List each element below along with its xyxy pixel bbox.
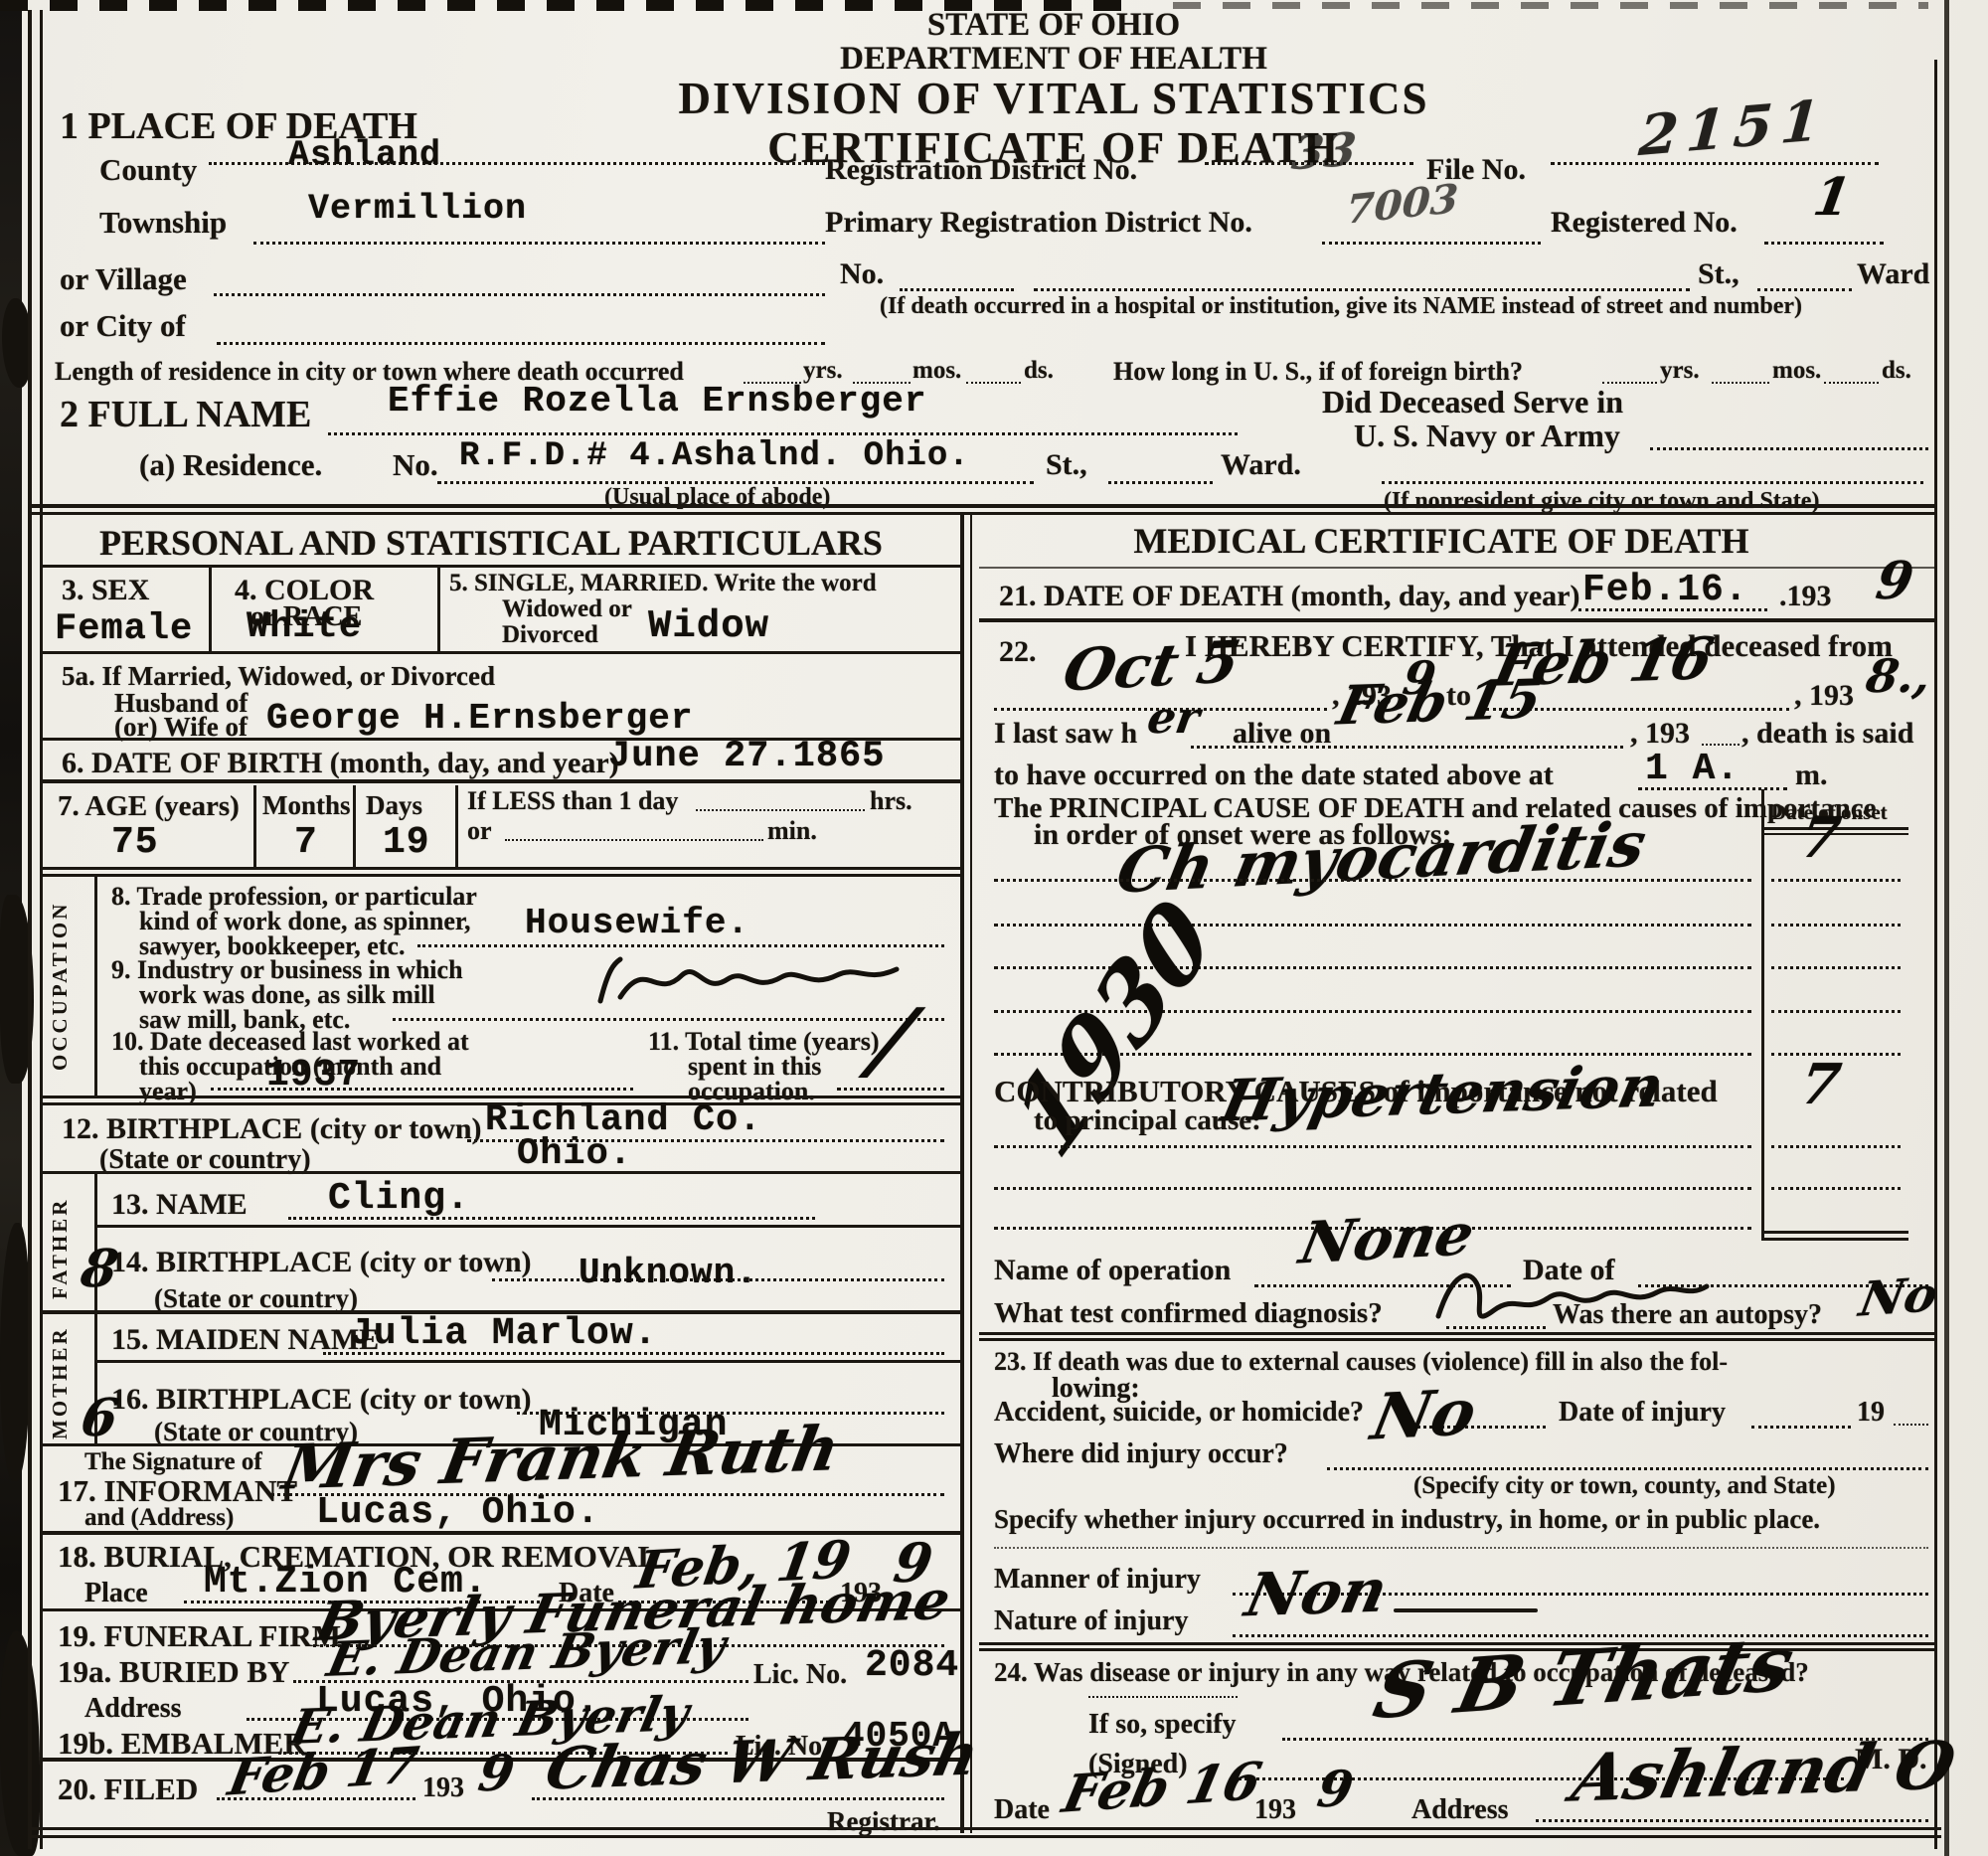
stray-pen-mark: 6	[78, 1392, 122, 1446]
father-vertical-label: FATHER	[48, 1193, 73, 1304]
accident-value-handwritten: No	[1367, 1379, 1482, 1450]
marital-label: 5. SINGLE, MARRIED. Write the word	[449, 571, 877, 596]
full-name-label: 2 FULL NAME	[60, 396, 311, 435]
sex-label: 3. SEX	[62, 575, 149, 606]
registrar-label: Registrar.	[827, 1807, 940, 1835]
ds-label: ds.	[1024, 358, 1054, 384]
nature-injury-label: Nature of injury	[994, 1606, 1188, 1635]
city-label: or City of	[60, 310, 186, 343]
residence-no-label: No.	[393, 449, 438, 482]
form-border-right	[1934, 60, 1937, 1849]
signed-year-handwritten: 9	[1314, 1764, 1357, 1816]
scan-edge-right	[1944, 0, 1949, 1856]
days-value: 19	[383, 823, 430, 863]
last-saw-label: I last saw h	[994, 718, 1137, 750]
min-label: min.	[767, 817, 817, 844]
if-so-specify-label: If so, specify	[1088, 1710, 1237, 1739]
death-is-said-label: , death is said	[1741, 718, 1913, 750]
township-value: Vermillion	[308, 191, 527, 228]
last-saw-year-preprint: , 193	[1630, 718, 1690, 750]
full-name-value: Effie Rozella Ernsberger	[388, 383, 926, 421]
days-label: Days	[366, 791, 422, 819]
file-no-value-handwritten: 2151	[1637, 91, 1830, 166]
item-22-number: 22.	[999, 636, 1037, 668]
manner-injury-label: Manner of injury	[994, 1565, 1201, 1594]
ds-label: ds.	[1882, 358, 1911, 384]
served-label: Did Deceased Serve in	[1322, 386, 1623, 420]
scan-blot	[0, 1630, 40, 1856]
if-less-label: If LESS than 1 day	[467, 787, 678, 814]
filed-year-handwritten: 9	[475, 1748, 518, 1800]
birthplace-state-label: (State or country)	[99, 1145, 311, 1174]
hrs-label: hrs.	[870, 787, 912, 814]
residence-label: (a) Residence.	[139, 449, 322, 482]
external-causes-label: 23. If death was due to external causes …	[994, 1348, 1728, 1375]
death-certificate-scan: STATE OF OHIO DEPARTMENT OF HEALTH DIVIS…	[0, 0, 1988, 1856]
spouse-value: George H.Ernsberger	[266, 700, 693, 738]
medical-section-title: MEDICAL CERTIFICATE OF DEATH	[1054, 523, 1829, 561]
license-label: Lic. No.	[753, 1660, 847, 1689]
registrar-signature-handwritten: Chas W Rush	[541, 1725, 984, 1800]
buried-address-label: Address	[84, 1694, 182, 1723]
form-border-left	[40, 10, 43, 1849]
date-of-death-value: Feb.16.	[1582, 571, 1748, 610]
mos-label: mos.	[1772, 358, 1821, 384]
father-name-value: Cling.	[328, 1179, 470, 1219]
county-label: County	[99, 154, 197, 187]
village-label: or Village	[60, 263, 187, 296]
sex-value: Female	[55, 610, 193, 649]
onset-date2-handwritten: 7	[1796, 1056, 1844, 1114]
maiden-name-value: Julia Marlow.	[350, 1314, 657, 1354]
age-value: 75	[111, 823, 159, 863]
dob-value: June 27.1865	[608, 738, 885, 776]
last-saw-er-handwritten: er	[1144, 696, 1203, 742]
maiden-name-label: 15. MAIDEN NAME	[111, 1324, 379, 1356]
onset-date-handwritten: 7	[1796, 809, 1844, 868]
signature-of-label: The Signature of	[84, 1449, 262, 1475]
autopsy-label: Was there an autopsy?	[1553, 1300, 1822, 1329]
township-label: Township	[99, 207, 227, 240]
license-value: 2084	[865, 1646, 959, 1686]
registered-no-label: Registered No.	[1551, 207, 1738, 239]
buried-by-label: 19a. BURIED BY	[58, 1656, 289, 1689]
date-of-death-label: 21. DATE OF DEATH (month, day, and year)	[999, 581, 1580, 612]
reg-district-label: Registration District No.	[825, 154, 1137, 186]
alive-on-label: alive on	[1233, 718, 1331, 750]
department-title: DEPARTMENT OF HEALTH	[656, 42, 1451, 77]
scan-blot	[0, 1223, 30, 1481]
nature-value-handwritten: Non	[1241, 1561, 1393, 1628]
funeral-firm-label: 19. FUNERAL FIRM	[58, 1620, 341, 1653]
marital-value: Widow	[648, 606, 769, 647]
occurred-label: to have occurred on the date stated abov…	[994, 759, 1554, 791]
burial-place-label: Place	[84, 1579, 148, 1607]
st-label: St.,	[1046, 449, 1087, 481]
father-birthplace-label: 14. BIRTHPLACE (city or town)	[111, 1247, 532, 1278]
father-birthplace-value: Unknown.	[579, 1255, 758, 1292]
injury-19-preprint: 19	[1857, 1398, 1885, 1427]
last-saw-date-handwritten: Feb 15	[1333, 671, 1547, 735]
signed-address-label: Address	[1411, 1795, 1509, 1824]
mother-vertical-label: MOTHER	[48, 1328, 73, 1439]
yrs-label: yrs.	[1660, 358, 1700, 384]
signed-year-preprint: 193	[1254, 1795, 1296, 1824]
father-name-label: 13. NAME	[111, 1189, 248, 1221]
birthplace-state-value: Ohio.	[517, 1135, 632, 1174]
occurred-m-label: m.	[1795, 759, 1828, 791]
months-value: 7	[294, 823, 318, 863]
st-label: St.,	[1698, 258, 1739, 290]
color-value: White	[247, 608, 362, 647]
where-injury-label: Where did injury occur?	[994, 1439, 1288, 1468]
operation-label: Name of operation	[994, 1255, 1231, 1286]
signed-date-handwritten: Feb 16	[1058, 1755, 1265, 1822]
ward-label: Ward.	[1221, 449, 1301, 481]
accident-label: Accident, suicide, or homicide?	[994, 1398, 1364, 1427]
stray-pen-mark: 8	[78, 1243, 122, 1297]
county-value: Ashland	[288, 137, 441, 174]
dod-year-preprint: .193	[1779, 581, 1832, 612]
informant-label: 17. INFORMANT	[58, 1475, 297, 1508]
primary-reg-label: Primary Registration District No.	[825, 207, 1252, 239]
physician-signature-handwritten: S B Thats	[1368, 1624, 1800, 1732]
mother-birthplace-label: 16. BIRTHPLACE (city or town)	[111, 1384, 532, 1416]
trade-value: Housewife.	[525, 905, 749, 942]
state-title: STATE OF OHIO	[656, 8, 1451, 43]
division-title: DIVISION OF VITAL STATISTICS	[656, 76, 1451, 122]
ward-label: Ward	[1857, 258, 1929, 290]
filed-year-preprint: 193	[422, 1773, 464, 1802]
residence-value: R.F.D.# 4.Ashalnd. Ohio.	[459, 439, 970, 475]
marital-label2: Widowed or	[502, 596, 632, 622]
filed-date-handwritten: Feb 17	[225, 1740, 422, 1804]
primary-reg-value-handwritten: 7003	[1345, 178, 1459, 231]
dod-year-handwritten: 9	[1873, 555, 1917, 609]
signed-date-label: Date	[994, 1795, 1050, 1824]
test-confirmed-label: What test confirmed diagnosis?	[994, 1298, 1383, 1328]
or-label: or	[467, 817, 492, 844]
to-year-preprint: , 193	[1794, 680, 1854, 712]
specify-injury-label: Specify whether injury occurred in indus…	[994, 1505, 1820, 1533]
dob-label: 6. DATE OF BIRTH (month, day, and year)	[62, 748, 619, 779]
age-label: 7. AGE (years)	[58, 791, 240, 821]
buried-by-handwritten: E. Dean Byerly	[323, 1621, 730, 1685]
registered-no-value-handwritten: 1	[1810, 171, 1855, 226]
attended-from-handwritten: Oct 5	[1059, 632, 1244, 702]
contributory-cause-handwritten: Hypertension	[1217, 1056, 1669, 1131]
birthplace-label: 12. BIRTHPLACE (city or town)	[62, 1113, 482, 1145]
informant-signature-handwritten: Mrs Frank Ruth	[278, 1416, 844, 1499]
form-border-left	[28, 10, 32, 1849]
how-long-us-label: How long in U. S., if of foreign birth?	[1113, 358, 1523, 385]
informant-address-value: Lucas, Ohio.	[316, 1493, 600, 1533]
signed-address-handwritten: Ashland O	[1567, 1731, 1961, 1812]
nonresident-note: (If nonresident give city or town and St…	[1384, 489, 1819, 514]
autopsy-value-handwritten: No	[1856, 1269, 1941, 1325]
occupation-vertical-label: OCCUPATION	[48, 887, 73, 1086]
marital-label3: Divorced	[502, 622, 598, 648]
father-state-label: (State or country)	[154, 1284, 358, 1312]
served-label2: U. S. Navy or Army	[1354, 420, 1620, 453]
injury-date-label: Date of injury	[1559, 1398, 1726, 1427]
no-label: No.	[840, 258, 884, 290]
last-worked-label3: year)	[139, 1078, 197, 1104]
filed-label: 20. FILED	[58, 1773, 198, 1806]
months-label: Months	[262, 791, 351, 819]
where-note: (Specify city or town, county, and State…	[1413, 1473, 1836, 1499]
reg-district-value-handwritten: 33	[1290, 125, 1359, 178]
personal-section-title: PERSONAL AND STATISTICAL PARTICULARS	[99, 525, 875, 563]
handwritten-scribble	[586, 949, 924, 1011]
informant-address-label: and (Address)	[84, 1505, 234, 1531]
hospital-note: (If death occurred in a hospital or inst…	[880, 294, 1802, 319]
married-widowed-label: 5a. If Married, Widowed, or Divorced	[62, 662, 495, 690]
to-year-handwritten: 8.,	[1863, 652, 1934, 700]
occurred-time-value: 1 A.	[1645, 750, 1739, 789]
